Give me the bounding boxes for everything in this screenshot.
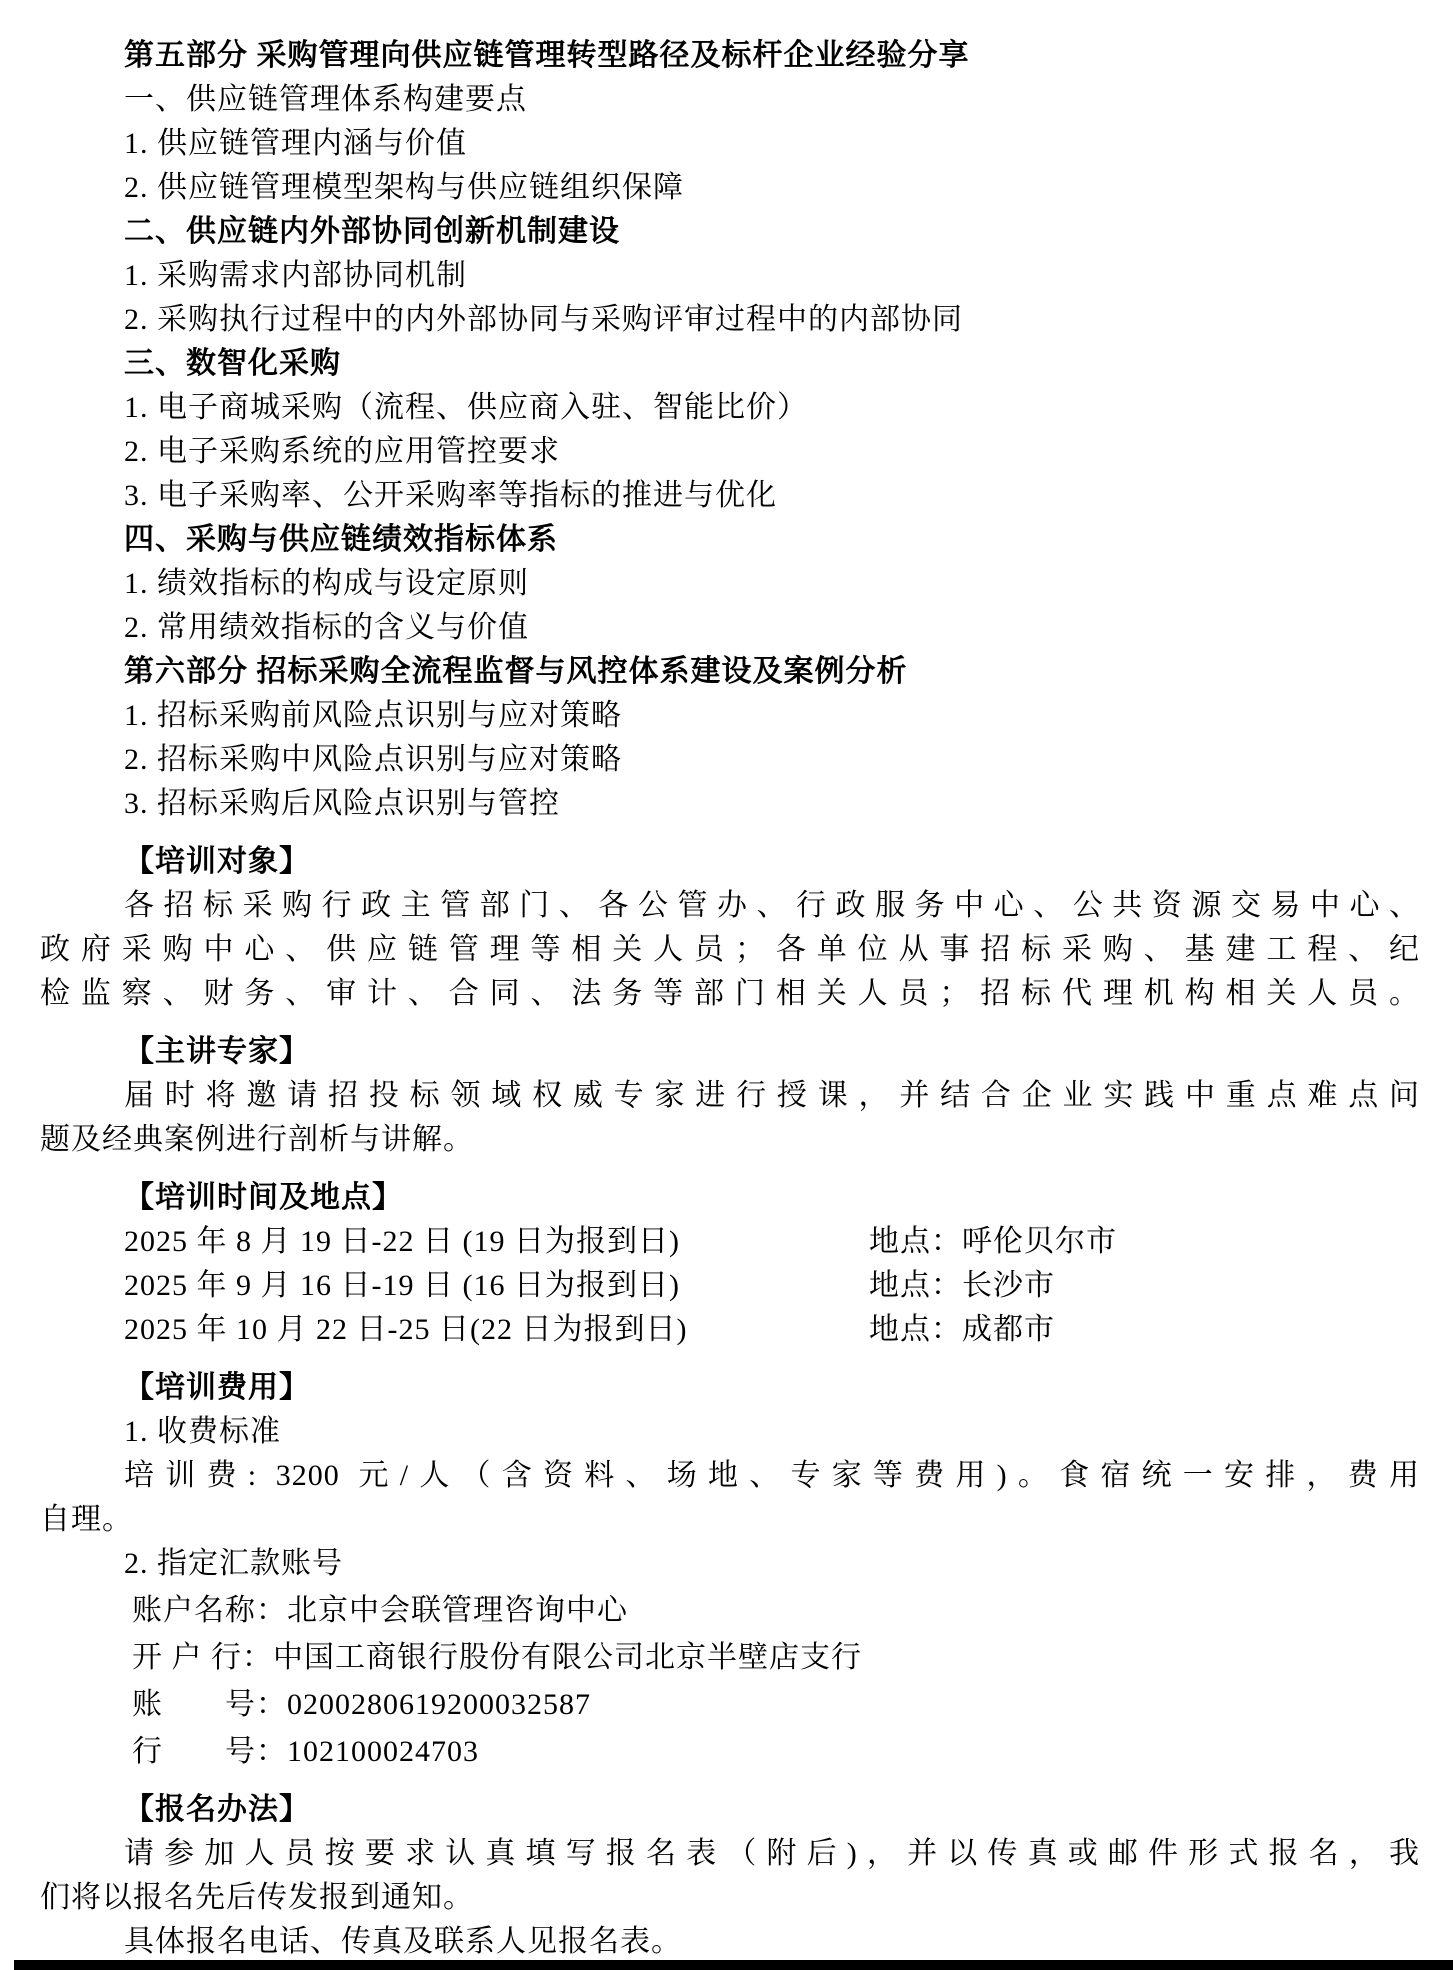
date-location-line: 2025 年 10 月 22 日-25 日(22 日为报到日)地点：成都市 [40,1308,1420,1352]
text-line: 2. 招标采购中风险点识别与应对策略 [40,738,1420,782]
text-line: 具体报名电话、传真及联系人见报名表。 [40,1920,1420,1964]
text-line: 各招标采购行政主管部门、各公管办、行政服务中心、公共资源交易中心、 [40,884,1420,928]
session-date: 2025 年 10 月 22 日-25 日(22 日为报到日) [124,1308,869,1352]
text-line: 1. 供应链管理内涵与价值 [40,122,1420,166]
text-line: 账户名称：北京中会联管理咨询中心 [40,1589,1420,1633]
part-heading: 二、供应链内外部协同创新机制建设 [40,210,1420,254]
part-heading: 三、数智化采购 [40,342,1420,386]
text-line: 2. 供应链管理模型架构与供应链组织保障 [40,166,1420,210]
part-heading: 第五部分 采购管理向供应链管理转型路径及标杆企业经验分享 [40,34,1420,78]
document-body: 第五部分 采购管理向供应链管理转型路径及标杆企业经验分享一、供应链管理体系构建要… [0,0,1453,1964]
text-line: 2. 常用绩效指标的含义与价值 [40,606,1420,650]
part-heading: 第六部分 招标采购全流程监督与风控体系建设及案例分析 [40,650,1420,694]
session-date: 2025 年 8 月 19 日-22 日 (19 日为报到日) [124,1220,869,1264]
text-line: 2. 采购执行过程中的内外部协同与采购评审过程中的内部协同 [40,298,1420,342]
text-line: 3. 招标采购后风险点识别与管控 [40,782,1420,826]
page-bottom-divider [14,1960,1453,1970]
text-line: 1. 电子商城采购（流程、供应商入驻、智能比价） [40,386,1420,430]
section-heading: 【报名办法】 [40,1788,1420,1832]
date-location-line: 2025 年 8 月 19 日-22 日 (19 日为报到日)地点：呼伦贝尔市 [40,1220,1420,1264]
text-line: 检监察、财务、审计、合同、法务等部门相关人员；招标代理机构相关人员。 [40,972,1420,1016]
text-line: 请参加人员按要求认真填写报名表（附后)，并以传真或邮件形式报名，我 [40,1832,1420,1876]
section-heading: 【培训费用】 [40,1366,1420,1410]
text-line: 培训费: 3200 元/人（含资料、场地、专家等费用)。食宿统一安排，费用 [40,1454,1420,1498]
section-heading: 【培训时间及地点】 [40,1176,1420,1220]
text-line: 1. 收费标准 [40,1410,1420,1454]
text-line: 账 号：0200280619200032587 [40,1683,1420,1727]
section-heading: 【主讲专家】 [40,1030,1420,1074]
session-location: 地点：长沙市 [869,1269,1055,1302]
text-line: 2. 电子采购系统的应用管控要求 [40,430,1420,474]
text-line: 一、供应链管理体系构建要点 [40,78,1420,122]
text-line: 1. 采购需求内部协同机制 [40,254,1420,298]
text-line: 2. 指定汇款账号 [40,1542,1420,1586]
date-location-line: 2025 年 9 月 16 日-19 日 (16 日为报到日)地点：长沙市 [40,1264,1420,1308]
text-line: 开 户 行：中国工商银行股份有限公司北京半壁店支行 [40,1636,1420,1680]
text-line: 们将以报名先后传发报到通知。 [40,1876,1420,1920]
text-line: 政府采购中心、供应链管理等相关人员；各单位从事招标采购、基建工程、纪 [40,928,1420,972]
text-line: 1. 招标采购前风险点识别与应对策略 [40,694,1420,738]
text-line: 题及经典案例进行剖析与讲解。 [40,1118,1420,1162]
text-line: 行 号：102100024703 [40,1730,1420,1774]
section-heading: 【培训对象】 [40,840,1420,884]
text-line: 自理。 [40,1498,1420,1542]
text-line: 届时将邀请招投标领域权威专家进行授课，并结合企业实践中重点难点问 [40,1074,1420,1118]
session-date: 2025 年 9 月 16 日-19 日 (16 日为报到日) [124,1264,869,1308]
session-location: 地点：呼伦贝尔市 [869,1225,1117,1258]
session-location: 地点：成都市 [869,1313,1055,1346]
text-line: 3. 电子采购率、公开采购率等指标的推进与优化 [40,474,1420,518]
text-line: 1. 绩效指标的构成与设定原则 [40,562,1420,606]
part-heading: 四、采购与供应链绩效指标体系 [40,518,1420,562]
training-notice-page: 第五部分 采购管理向供应链管理转型路径及标杆企业经验分享一、供应链管理体系构建要… [0,0,1453,1970]
